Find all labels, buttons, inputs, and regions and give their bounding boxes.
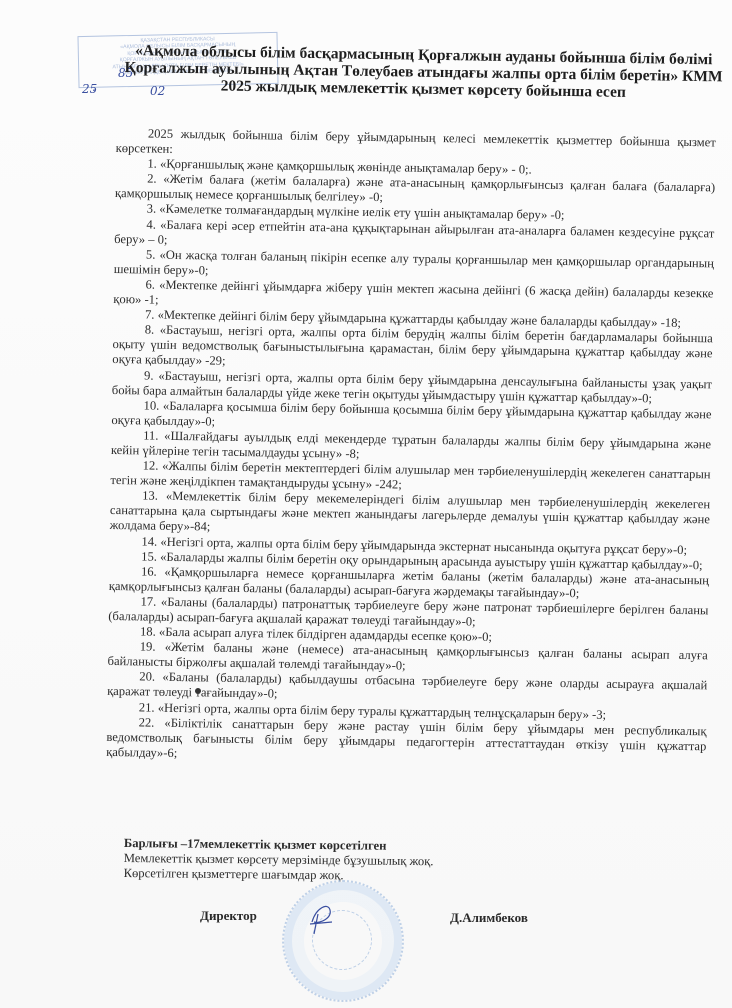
service-number: 17.: [140, 594, 156, 608]
service-number: 16.: [141, 564, 157, 578]
signature-icon: [306, 900, 336, 936]
service-number: 13.: [142, 489, 158, 503]
ink-speck: [195, 688, 201, 694]
service-number: 14.: [141, 534, 157, 548]
service-number: 20.: [139, 670, 155, 684]
service-number: 1.: [147, 157, 157, 171]
service-text: «Бастауыш, негізгі орта, жалпы орта білі…: [112, 323, 713, 368]
service-number: 4.: [146, 217, 156, 231]
service-number: 2.: [147, 172, 157, 186]
service-number: 15.: [141, 549, 157, 563]
service-number: 19.: [140, 640, 156, 654]
service-number: 21.: [139, 700, 155, 714]
service-list: 1. «Қорғаншылық және қамқоршылық жөнінде…: [106, 156, 715, 769]
service-text: «Біліктілік санаттарын беру және растау …: [106, 715, 707, 759]
service-number: 3.: [147, 202, 157, 216]
service-number: 8.: [145, 323, 155, 337]
service-number: 6.: [145, 277, 155, 291]
service-number: 12.: [143, 459, 159, 473]
summary-block: Барлығы –17мемлекеттік қызмет көрсетілге…: [124, 836, 544, 885]
official-seal: [282, 880, 404, 1002]
service-text: «Мемлекеттік білім беру мекемелеріндегі …: [110, 489, 711, 534]
report-body: 2025 жылдық бойынша білім беру ұйымдарын…: [106, 126, 716, 769]
service-number: 5.: [146, 247, 156, 261]
scanned-document-page: ҚАЗАҚСТАН РЕСПУБЛИКАСЫ «АҚМОЛА ОБЛЫСЫ БІ…: [0, 0, 732, 1008]
director-name: Д.Алимбеков: [450, 910, 528, 926]
service-number: 10.: [144, 398, 160, 412]
signature-row: Директор Д.Алимбеков: [200, 900, 560, 930]
document-title: «Ақмола облысы білім басқармасының Қорға…: [123, 42, 724, 102]
director-label: Директор: [200, 908, 257, 924]
service-number: 22.: [139, 715, 155, 729]
service-number: 18.: [140, 625, 156, 639]
service-number: 9.: [144, 368, 154, 382]
service-number: 11.: [143, 428, 158, 442]
service-number: 7.: [145, 308, 155, 322]
service-item: 22. «Біліктілік санаттарын беру және рас…: [106, 715, 707, 770]
handwritten-dot: .: [92, 80, 96, 94]
